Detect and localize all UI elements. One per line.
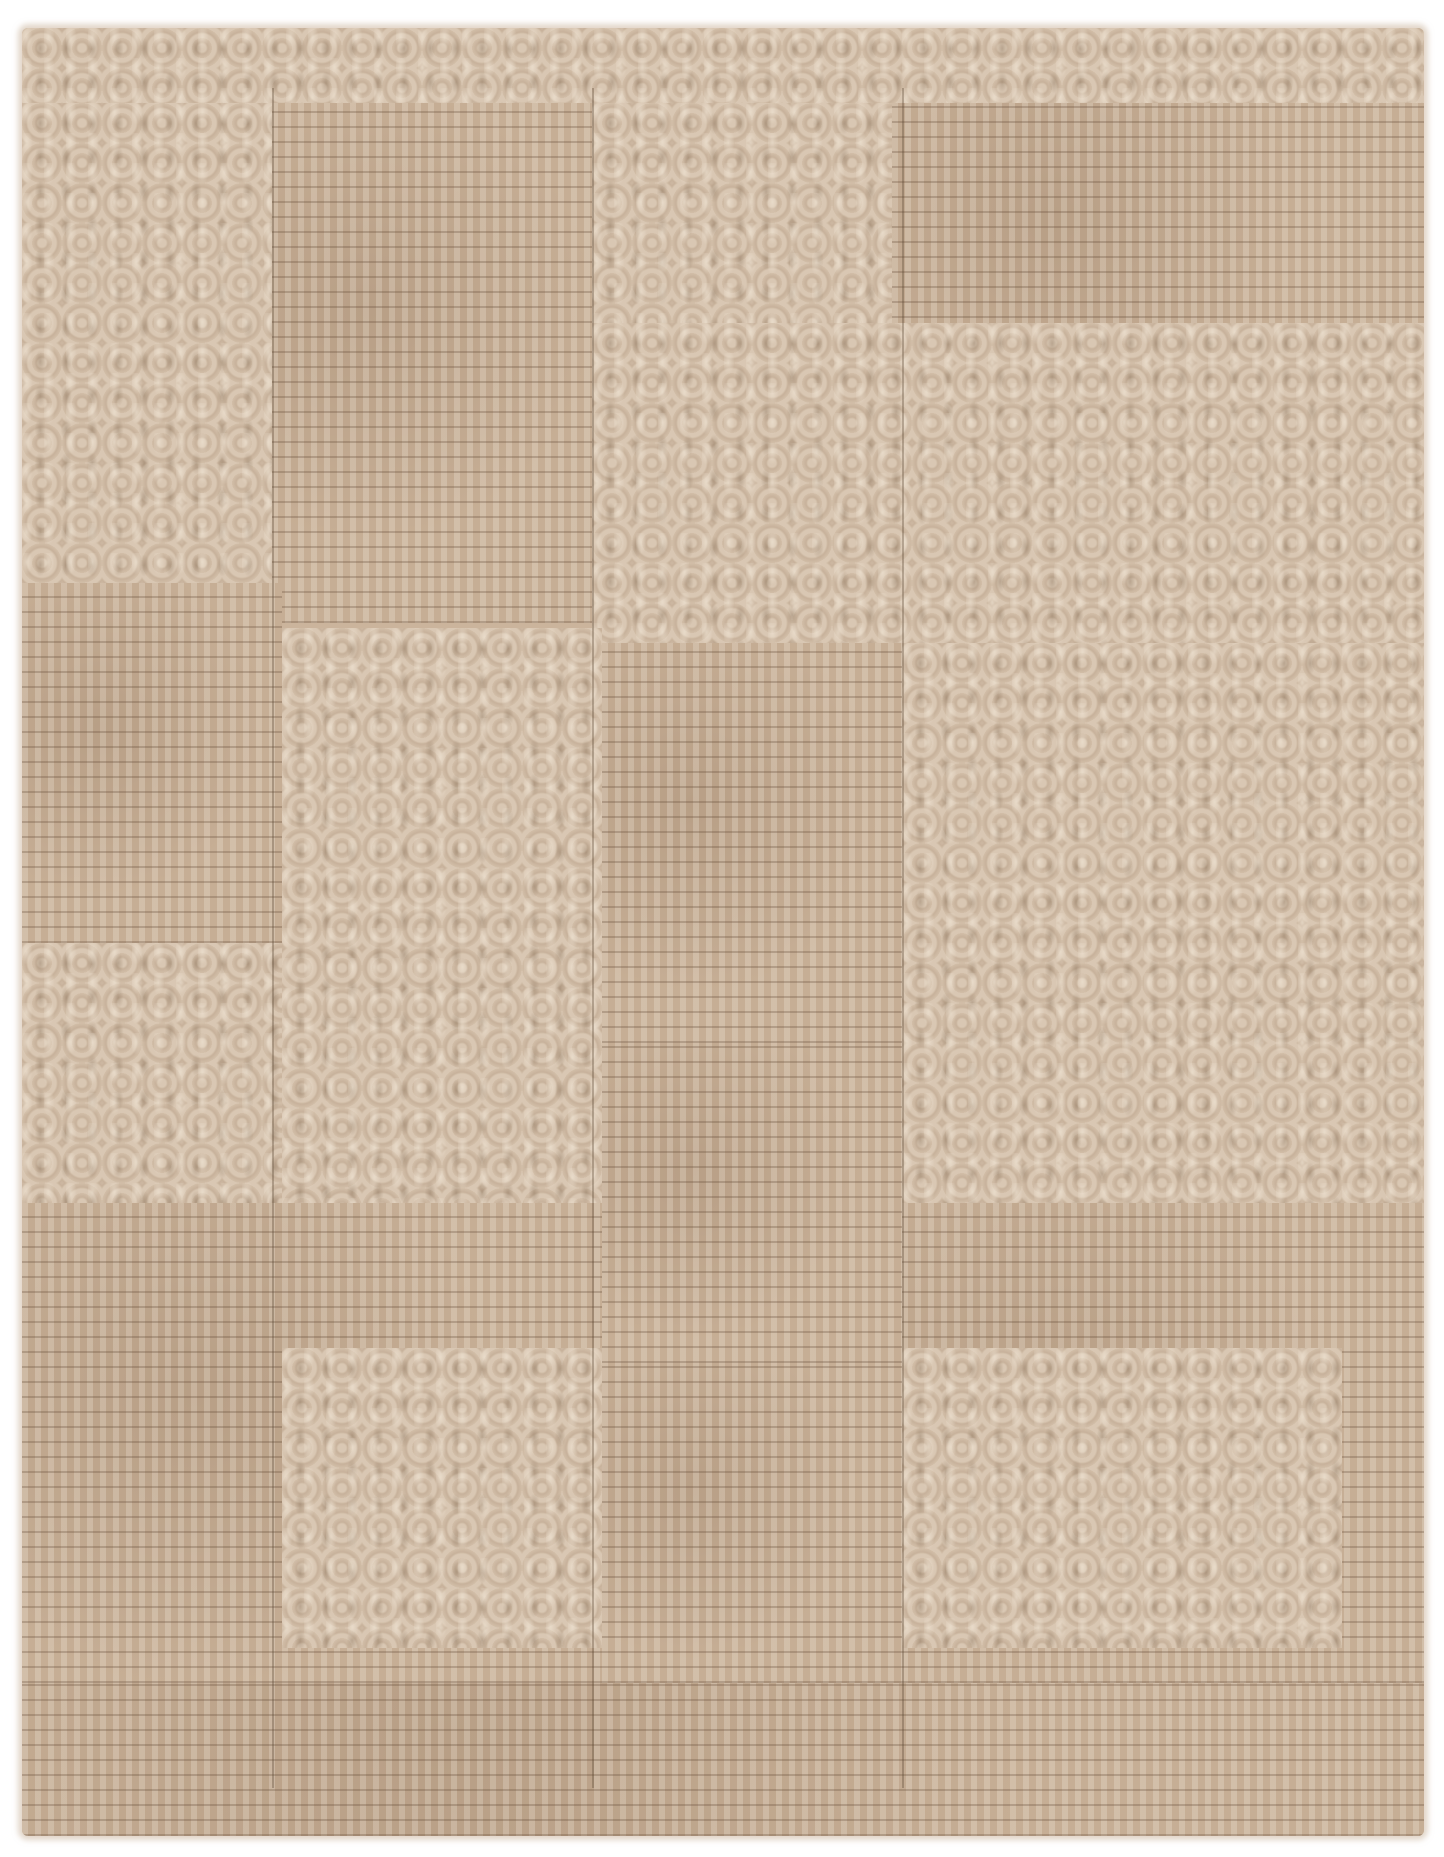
flatweave-patch	[602, 643, 902, 1043]
patch-seam	[592, 88, 594, 1788]
shag-pile-patch	[592, 323, 1424, 643]
patch-seam	[272, 88, 274, 1788]
patch-seam	[902, 88, 904, 1788]
shag-pile-patch	[282, 628, 602, 1248]
shag-pile-patch	[902, 1348, 1342, 1648]
flatweave-patch	[602, 1043, 902, 1363]
flatweave-patch	[272, 103, 592, 623]
shag-rug	[22, 28, 1424, 1836]
shag-pile-patch	[902, 643, 1424, 1203]
shag-pile-patch	[592, 103, 892, 323]
shag-pile-patch	[282, 1348, 602, 1648]
flatweave-patch	[22, 583, 282, 943]
flatweave-patch	[22, 1683, 1424, 1836]
flatweave-patch	[602, 1363, 902, 1683]
shag-pile-patch	[22, 943, 282, 1203]
shag-pile-patch	[22, 103, 272, 583]
shag-pile-patch	[22, 28, 1424, 103]
